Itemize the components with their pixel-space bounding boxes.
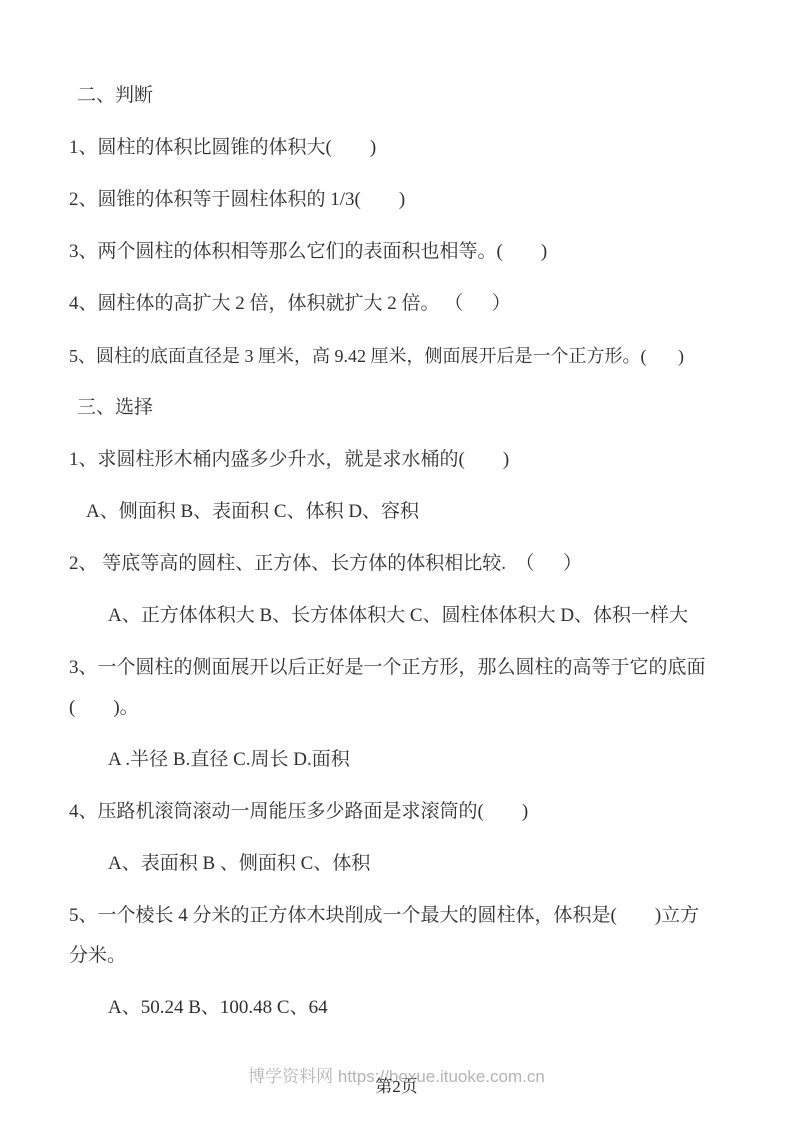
choice-question-5-line1: 5、一个棱长 4 分米的正方体木块削成一个最大的圆柱体，体积是( )立方 — [69, 905, 699, 926]
judgement-question-5: 5、圆柱的底面直径是 3 厘米，高 9.42 厘米，侧面展开后是一个正方形。( … — [69, 336, 763, 376]
choice-question-4-options: A、表面积 B 、侧面积 C、体积 — [69, 844, 763, 884]
worksheet-page: 二、判断 1、圆柱的体积比圆锥的体积大( ) 2、圆锥的体积等于圆柱体积的 1/… — [0, 0, 793, 1122]
judgement-question-2: 2、圆锥的体积等于圆柱体积的 1/3( ) — [69, 180, 763, 220]
choice-question-2: 2、 等底等高的圆柱、正方体、长方体的体积相比较. （ ） — [69, 544, 763, 584]
choice-question-3-options: A .半径 B.直径 C.周长 D.面积 — [69, 740, 763, 780]
section-heading-judgement: 二、判断 — [69, 76, 763, 116]
judgement-question-1: 1、圆柱的体积比圆锥的体积大( ) — [69, 128, 763, 168]
choice-question-1-options: A、侧面积 B、表面积 C、体积 D、容积 — [69, 492, 763, 532]
choice-question-5-options: A、50.24 B、100.48 C、64 — [69, 988, 763, 1028]
choice-question-3-line2: ( )。 — [69, 697, 139, 718]
choice-question-5: 5、一个棱长 4 分米的正方体木块削成一个最大的圆柱体，体积是( )立方分米。 — [69, 896, 763, 976]
choice-question-4: 4、压路机滚筒滚动一周能压多少路面是求滚筒的( ) — [69, 792, 763, 832]
worksheet-content: 二、判断 1、圆柱的体积比圆锥的体积大( ) 2、圆锥的体积等于圆柱体积的 1/… — [0, 0, 793, 1028]
choice-question-3: 3、一个圆柱的侧面展开以后正好是一个正方形，那么圆柱的高等于它的底面( )。 — [69, 648, 763, 728]
choice-question-5-line2: 分米。 — [69, 945, 126, 966]
page-number-label: 第2页 — [0, 1072, 793, 1097]
judgement-question-3: 3、两个圆柱的体积相等那么它们的表面积也相等。( ) — [69, 232, 763, 272]
choice-question-3-line1: 3、一个圆柱的侧面展开以后正好是一个正方形，那么圆柱的高等于它的底面 — [69, 657, 706, 678]
judgement-question-4: 4、圆柱体的高扩大 2 倍，体积就扩大 2 倍。 （ ） — [69, 284, 763, 324]
section-heading-choice: 三、选择 — [69, 388, 763, 428]
choice-question-1: 1、求圆柱形木桶内盛多少升水，就是求水桶的( ) — [69, 440, 763, 480]
choice-question-2-options: A、正方体体积大 B、长方体体积大 C、圆柱体体积大 D、体积一样大 — [69, 596, 763, 636]
